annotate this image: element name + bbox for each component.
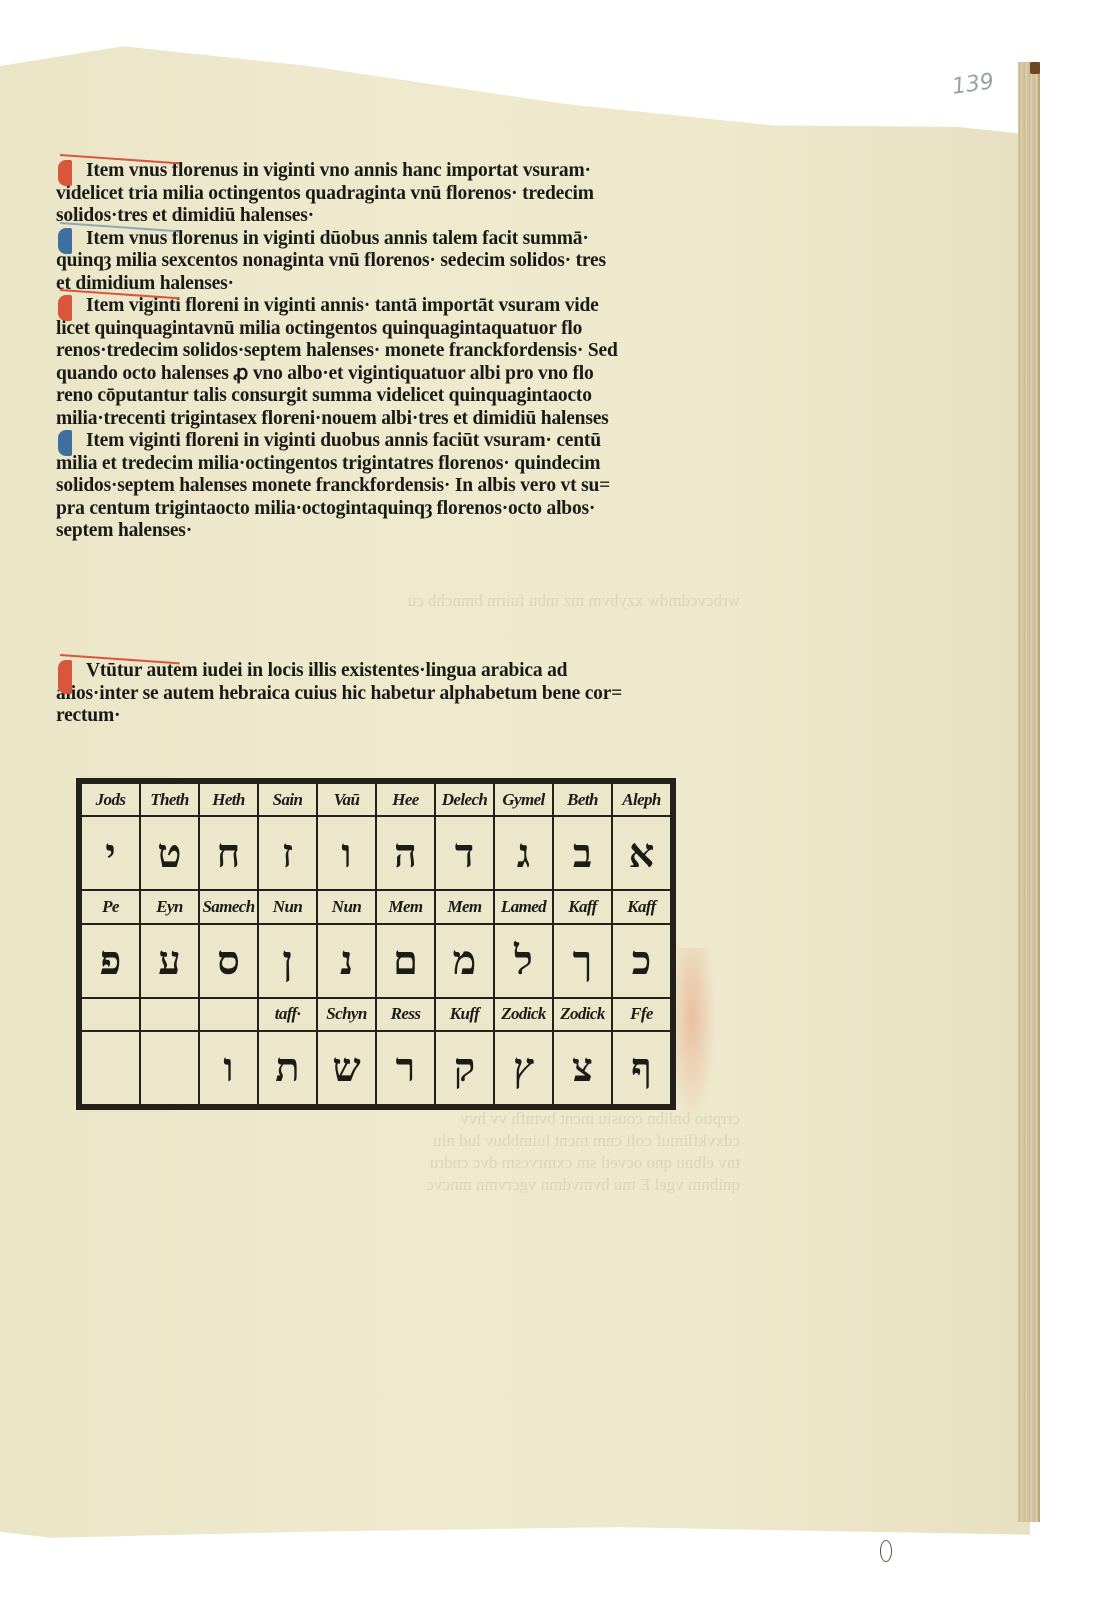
letter-name-cell: Mem [376, 890, 435, 923]
text-line: milia·trecenti trigintasex floreni·nouem… [56, 408, 736, 431]
hebrew-letter-cell: ב [553, 816, 612, 890]
red-offset-stain [676, 948, 716, 1123]
text-line: milia et tredecim milia·octingentos trig… [56, 453, 736, 476]
hebrew-letter-cell: ו [317, 816, 376, 890]
hebrew-alphabet-table: Jods Theth Heth Sain Vaū Hee Delech Gyme… [76, 778, 676, 1110]
letter-name-cell: Ress [376, 998, 435, 1031]
paraph-mark-red-icon [58, 160, 72, 186]
letter-name-cell: Beth [553, 783, 612, 816]
letter-name-cell: Aleph [612, 783, 671, 816]
hebrew-letter-cell: ת [258, 1031, 317, 1105]
paraph-mark-blue-icon [58, 228, 72, 254]
signature-mark [880, 1540, 892, 1562]
letter-name-cell: Mem [435, 890, 494, 923]
letter-name-cell: Lamed [494, 890, 553, 923]
letter-name-cell [199, 998, 258, 1031]
hebrew-letter-cell: ד [435, 816, 494, 890]
hebrew-letter-cell: ח [199, 816, 258, 890]
letter-name-cell: Kaff [553, 890, 612, 923]
hebrew-letter-cell: ג [494, 816, 553, 890]
paragraph-2: Item vnus florenus in viginti dūobus ann… [56, 228, 736, 296]
letter-name-cell: taff· [258, 998, 317, 1031]
text-line: septem halenses· [56, 520, 736, 543]
hebrew-letter-cell: ף [612, 1031, 671, 1105]
text-line: Vtūtur autem iudei in locis illis existe… [56, 660, 736, 683]
letter-name-cell: Jods [81, 783, 140, 816]
hebrew-letter-cell: ט [140, 816, 199, 890]
letter-name-cell: Nun [317, 890, 376, 923]
alphabet-grid: Jods Theth Heth Sain Vaū Hee Delech Gyme… [80, 782, 672, 1106]
paragraph-1: Item vnus florenus in viginti vno annis … [56, 160, 736, 228]
text-line: et dimidium halenses· [56, 273, 736, 296]
hebrew-letter-cell: ץ [494, 1031, 553, 1105]
hebrew-letter-cell: ז [258, 816, 317, 890]
hebrew-letter-cell: ס [199, 924, 258, 998]
text-line: Item viginti floreni in viginti duobus a… [56, 430, 736, 453]
letter-name-cell [81, 998, 140, 1031]
letter-name-cell: Sain [258, 783, 317, 816]
letter-name-cell: Heth [199, 783, 258, 816]
table-row-names: Pe Eyn Samech Nun Nun Mem Mem Lamed Kaff… [81, 890, 671, 923]
table-row-letters: י ט ח ז ו ה ד ג ב א [81, 816, 671, 890]
letter-name-cell: Eyn [140, 890, 199, 923]
hebrew-letter-cell: י [81, 816, 140, 890]
hebrew-letter-cell: א [612, 816, 671, 890]
hebrew-letter-cell [140, 1031, 199, 1105]
table-row-names: Jods Theth Heth Sain Vaū Hee Delech Gyme… [81, 783, 671, 816]
letter-name-cell: Schyn [317, 998, 376, 1031]
text-line: alios·inter se autem hebraica cuius hic … [56, 683, 736, 706]
letter-name-cell: Nun [258, 890, 317, 923]
text-block-interest: Item vnus florenus in viginti vno annis … [56, 160, 736, 543]
paragraph-5: Vtūtur autem iudei in locis illis existe… [56, 660, 736, 728]
letter-name-cell: Kuff [435, 998, 494, 1031]
letter-name-cell: Gymel [494, 783, 553, 816]
paragraph-3: Item viginti floreni in viginti annis· t… [56, 295, 736, 430]
hebrew-letter-cell: צ [553, 1031, 612, 1105]
text-line: Item vnus florenus in viginti vno annis … [56, 160, 736, 183]
hebrew-letter-cell: ך [553, 924, 612, 998]
hebrew-letter-cell [81, 1031, 140, 1105]
letter-name-cell: Kaff [612, 890, 671, 923]
letter-name-cell: Theth [140, 783, 199, 816]
text-line: quinqȝ milia sexcentos nonaginta vnū flo… [56, 250, 736, 273]
table-row-names: taff· Schyn Ress Kuff Zodick Zodick Ffe [81, 998, 671, 1031]
hebrew-letter-cell: ק [435, 1031, 494, 1105]
hebrew-letter-cell: פ [81, 924, 140, 998]
letter-name-cell: Zodick [494, 998, 553, 1031]
text-line: rectum· [56, 705, 736, 728]
show-through-text: crrptio bnlibn cousiu mcnt bvmfh vv hvv [60, 1108, 740, 1130]
text-line: pra centum trigintaocto milia·octogintaq… [56, 498, 736, 521]
letter-name-cell: Zodick [553, 998, 612, 1031]
letter-name-cell: Delech [435, 783, 494, 816]
page-fore-edge [1018, 62, 1040, 1522]
hebrew-letter-cell: ל [494, 924, 553, 998]
show-through-text: cdxvkflimuf coli cnm mcnt luimbbuv lud n… [60, 1130, 740, 1152]
letter-name-cell [140, 998, 199, 1031]
text-line: solidos·septem halenses monete franckfor… [56, 475, 736, 498]
text-line: videlicet tria milia octingentos quadrag… [56, 183, 736, 206]
letter-name-cell: Vaū [317, 783, 376, 816]
hebrew-letter-cell: ש [317, 1031, 376, 1105]
hebrew-letter-cell: ר [376, 1031, 435, 1105]
hebrew-letter-cell: ן [258, 924, 317, 998]
hebrew-letter-cell: ם [376, 924, 435, 998]
paraph-mark-blue-icon [58, 430, 72, 456]
hebrew-letter-cell: כ [612, 924, 671, 998]
letter-name-cell: Hee [376, 783, 435, 816]
letter-name-cell: Pe [81, 890, 140, 923]
paragraph-4: Item viginti floreni in viginti duobus a… [56, 430, 736, 543]
letter-name-cell: Ffe [612, 998, 671, 1031]
letter-name-cell: Samech [199, 890, 258, 923]
show-through-text: qnibnm vgel E tnu bvmvdmn vgcrvmn mncvc [60, 1174, 740, 1196]
book-page: 139 Item vnus florenus in viginti vno an… [0, 0, 1100, 1600]
folio-number: 139 [950, 69, 995, 100]
text-block-alphabet-intro: Vtūtur autem iudei in locis illis existe… [56, 660, 736, 728]
hebrew-letter-cell: ה [376, 816, 435, 890]
table-row-letters: פ ע ס ן נ ם מ ל ך כ [81, 924, 671, 998]
text-line: licet quinquagintavnū milia octingentos … [56, 318, 736, 341]
text-line: solidos·tres et dimidiū halenses· [56, 205, 736, 228]
hebrew-letter-cell: ע [140, 924, 199, 998]
hebrew-letter-cell: נ [317, 924, 376, 998]
text-line: reno cōputantur talis consurgit summa vi… [56, 385, 736, 408]
text-line: renos·tredecim solidos·septem halenses· … [56, 340, 736, 363]
show-through-text: tnv elbnu qno ocvetl sm cxmrvcsm dvc cnd… [60, 1152, 740, 1174]
text-line: Item viginti floreni in viginti annis· t… [56, 295, 736, 318]
table-row-letters: ו ת ש ר ק ץ צ ף [81, 1031, 671, 1105]
paraph-mark-red-icon [58, 295, 72, 321]
text-line: quando octo halenses ꝓ vno albo·et vigin… [56, 363, 736, 386]
binding-corner [1030, 62, 1040, 74]
hebrew-letter-cell: ו [199, 1031, 258, 1105]
hebrew-letter-cell: מ [435, 924, 494, 998]
paraph-mark-red-icon [58, 660, 72, 694]
show-through-text: wrbcvcdmdw xzybvm mz mbu fuirm bmnchb cu [60, 590, 740, 612]
